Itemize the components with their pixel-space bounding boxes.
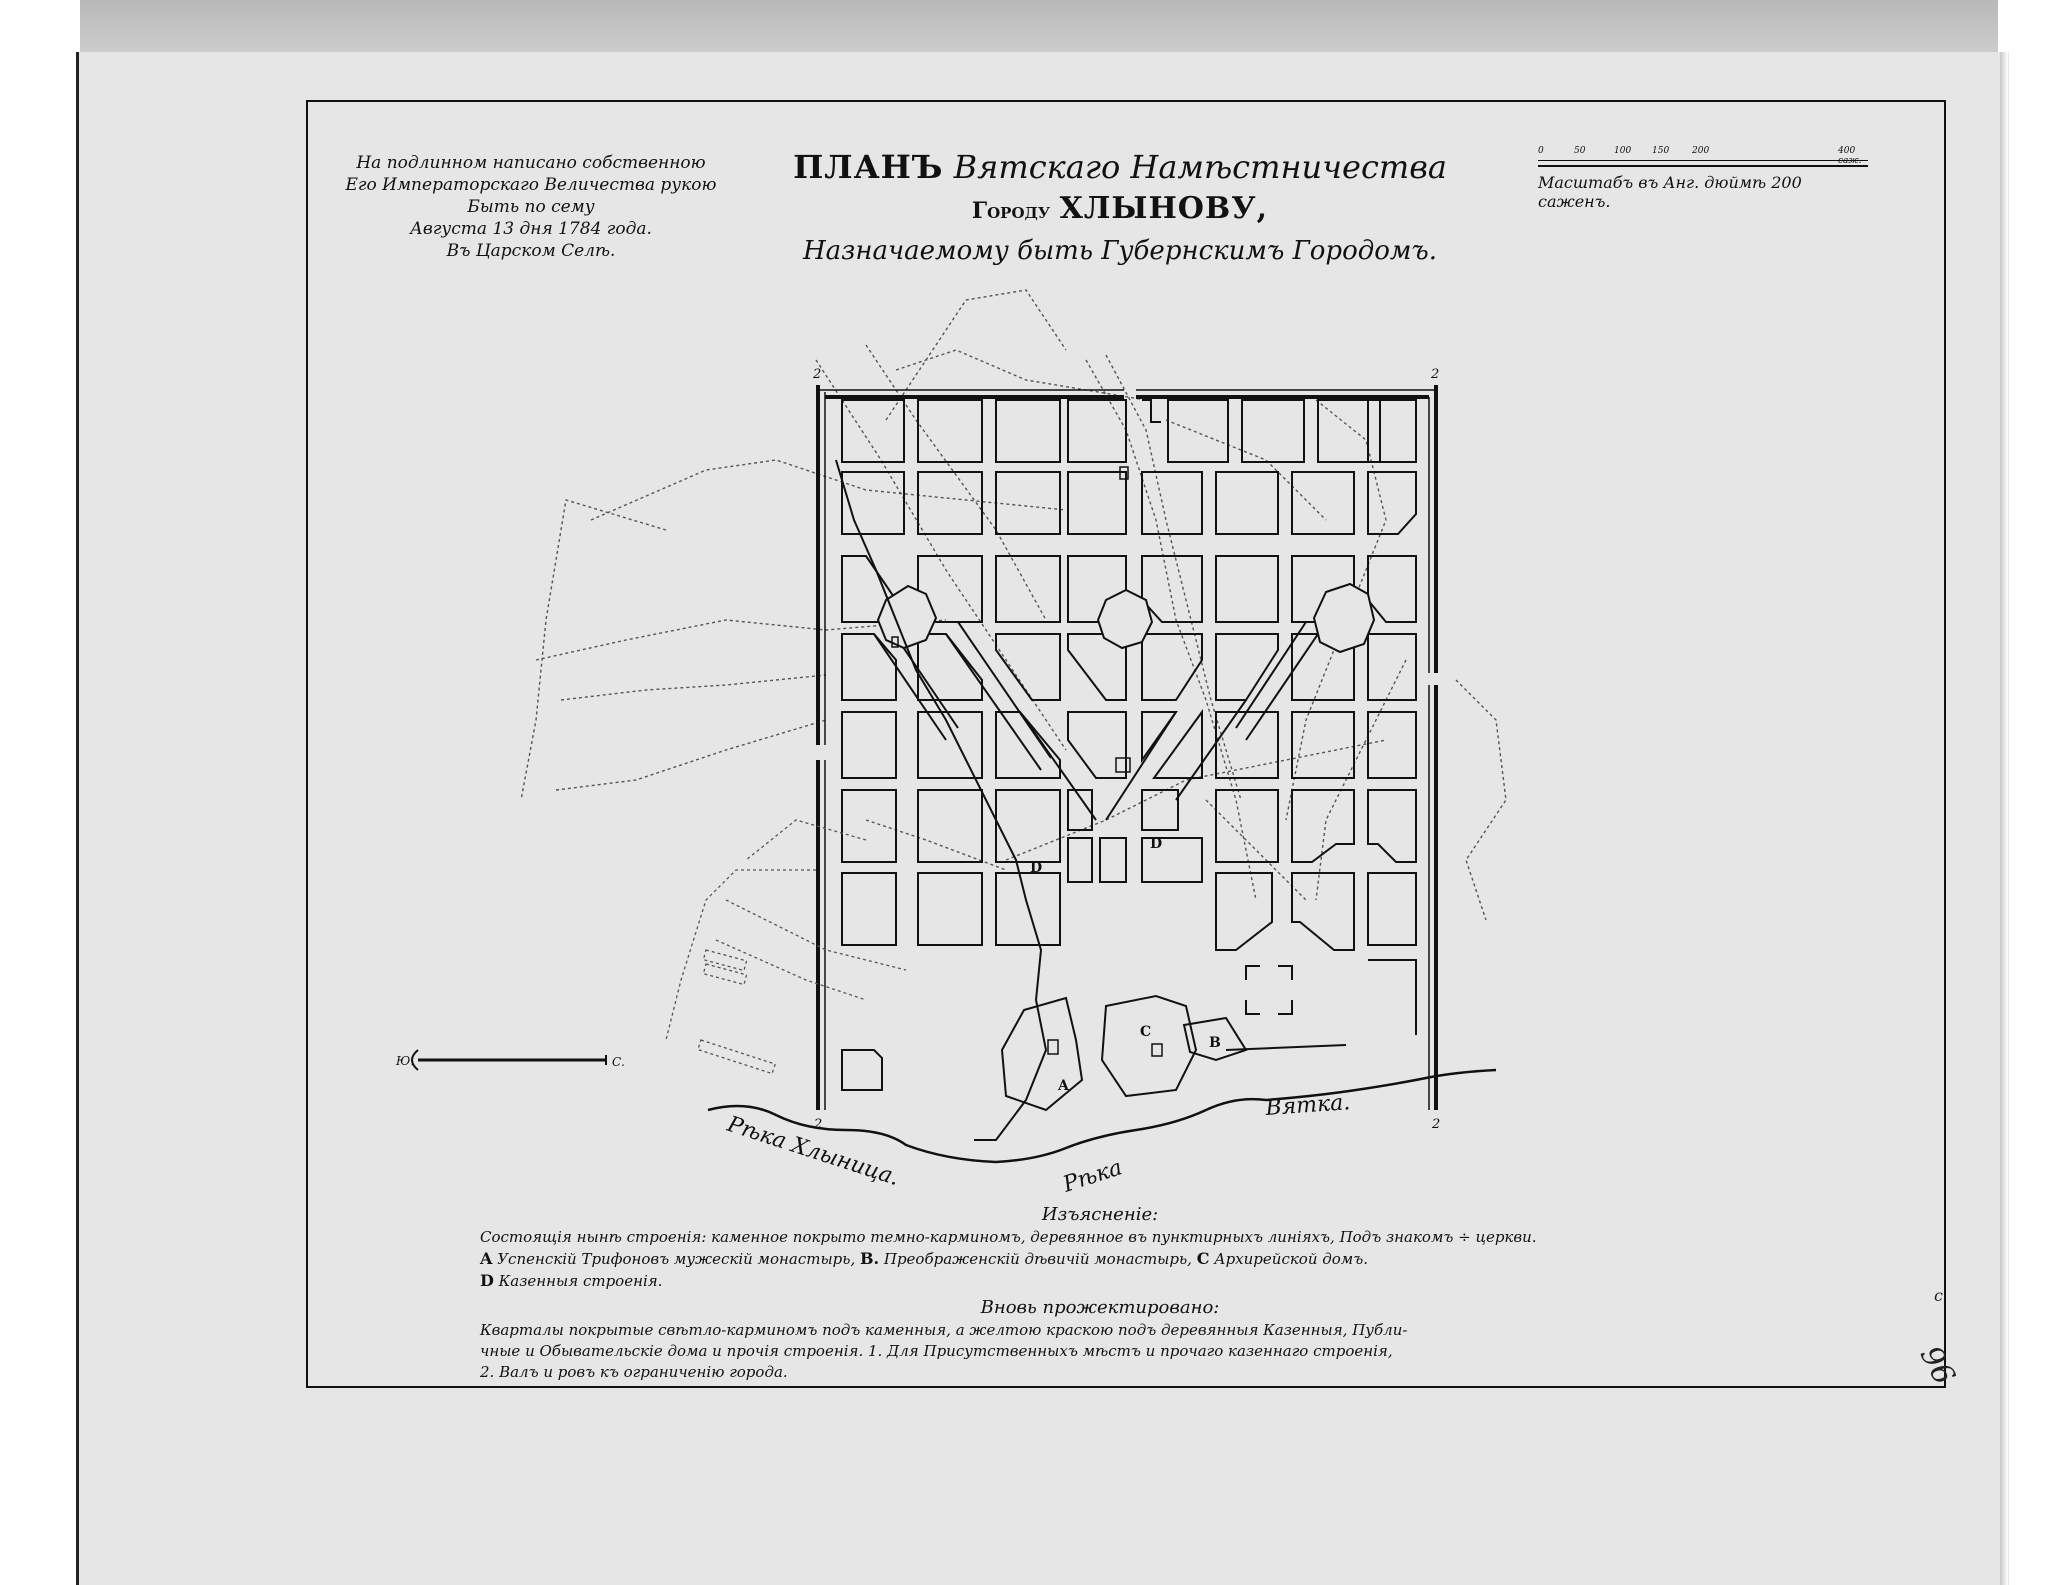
legend: Изъясненіе: Состоящія нынѣ строенія: кам… — [480, 1203, 1720, 1383]
site-letter-a: A — [1057, 1078, 1070, 1094]
legend-key-a: A — [480, 1249, 492, 1268]
compass-label-north: С. — [612, 1055, 625, 1069]
site-letter-d: D — [1150, 836, 1162, 852]
legend-existing-line: Состоящія нынѣ строенія: каменное покрыт… — [480, 1227, 1720, 1248]
legend-item-a: Успенскій Трифоновъ мужескій монастырь, — [497, 1250, 855, 1268]
folio-mark: c — [1934, 1286, 1943, 1305]
legend-projected-line: Кварталы покрытые свѣтло-карминомъ подъ … — [480, 1320, 1720, 1341]
bishops-house-enclosure — [1102, 996, 1196, 1096]
compass-needle: Ю. С. — [395, 1050, 625, 1070]
legend-heading: Изъясненіе: — [480, 1203, 1720, 1227]
city-blocks — [842, 400, 1454, 1090]
legend-item-c: Архирейской домъ. — [1214, 1250, 1368, 1268]
legend-key-c: C — [1197, 1249, 1210, 1268]
legend-items-row-1: A Успенскій Трифоновъ мужескій монастырь… — [480, 1248, 1720, 1270]
legend-items-row-2: D Казенныя строенія. — [480, 1270, 1720, 1292]
uspensky-monastery — [1002, 998, 1082, 1110]
compass-label-south: Ю. — [395, 1054, 414, 1068]
legend-item-b: Преображенскій дѣвичій монастырь, — [884, 1250, 1192, 1268]
site-letter-b: B — [1209, 1035, 1221, 1051]
rampart-marker: 2 — [812, 367, 821, 382]
site-letter-d: D — [1030, 860, 1042, 876]
rampart-marker: 2 — [1431, 1117, 1440, 1132]
legend-projected-line: чные и Обывательскіе дома и прочія строе… — [480, 1341, 1720, 1362]
river-label-vyatka-part2: Вятка. — [1264, 1090, 1351, 1121]
khlynitsa-stream — [836, 460, 1046, 1140]
legend-projected-line: 2. Валъ и ровъ къ ограниченію города. — [480, 1362, 1720, 1383]
east-blocks — [1368, 400, 1416, 462]
legend-item-d: Казенныя строенія. — [499, 1272, 663, 1290]
square-east — [1314, 584, 1374, 652]
river-label-vyatka-part1: Рѣка — [1059, 1155, 1125, 1198]
previous-page-edge — [80, 0, 1998, 58]
legend-key-b: B. — [860, 1249, 879, 1268]
sheet-edge — [2000, 52, 2008, 1585]
legend-key-d: D — [480, 1271, 494, 1290]
western-suburb-dotted — [666, 820, 906, 1074]
rampart-marker: 2 — [813, 1117, 822, 1132]
square-center — [1098, 590, 1152, 648]
legend-projected-heading: Вновь прожектировано: — [480, 1296, 1720, 1320]
river-label-khlynitsa: Рѣка Хлыница. — [723, 1112, 902, 1191]
rampart-marker: 2 — [1430, 367, 1439, 382]
city-plan-drawing: 2 2 2 2 — [306, 100, 1946, 1200]
site-letter-c: C — [1140, 1024, 1151, 1040]
public-offices-square — [1246, 966, 1292, 1014]
